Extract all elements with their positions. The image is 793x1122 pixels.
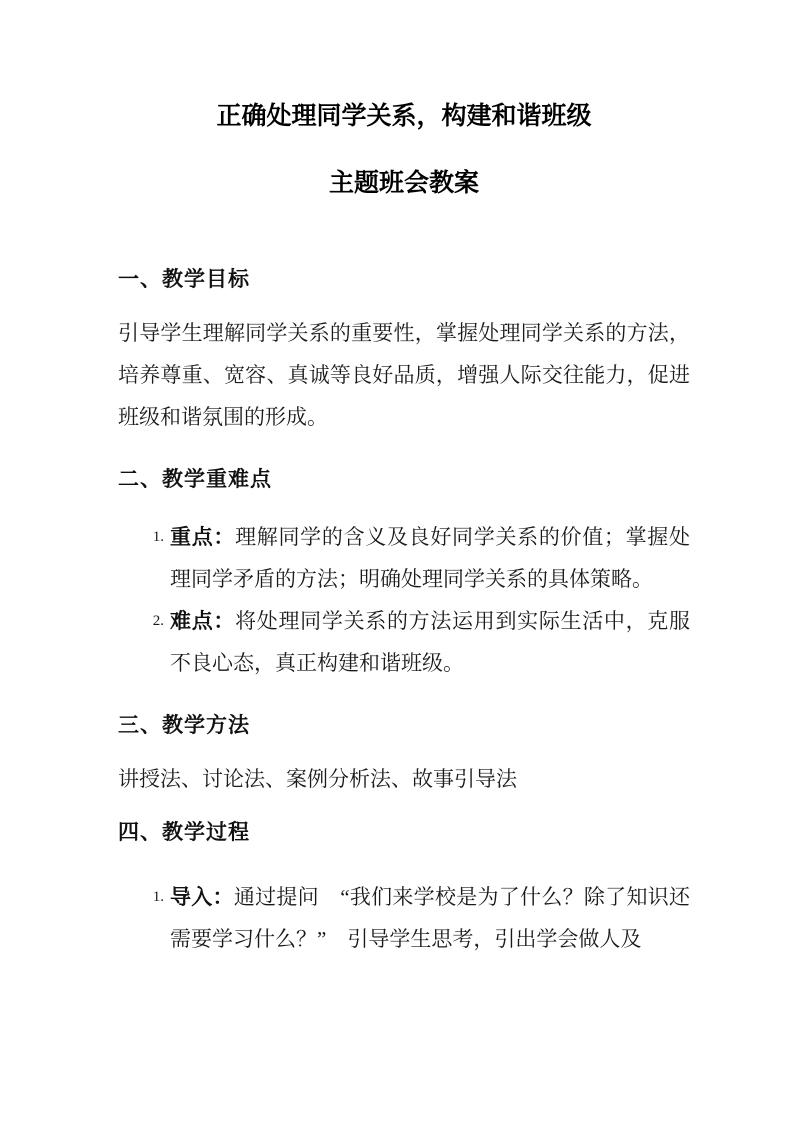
list-item-text: 理解同学的含义及良好同学关系的价值；掌握处理同学矛盾的方法；明确处理同学关系的具…	[170, 525, 690, 591]
section-heading-teaching-process: 四、教学过程	[118, 816, 690, 848]
list-item-text: 通过提问 “我们来学校是为了什么？除了知识还需要学习什么？” 引导学生思考，引出…	[170, 885, 690, 951]
list-item-label: 导入：	[170, 885, 234, 909]
document-subtitle: 主题班会教案	[118, 167, 690, 201]
teaching-process-list: 1.导入：通过提问 “我们来学校是为了什么？除了知识还需要学习什么？” 引导学生…	[118, 876, 690, 960]
list-item-number: 1.	[142, 876, 164, 918]
document-page: 正确处理同学关系，构建和谐班级 主题班会教案 一、教学目标 引导学生理解同学关系…	[0, 0, 793, 1122]
section-heading-key-difficult-points: 二、教学重难点	[118, 463, 690, 495]
list-item-label: 重点：	[170, 525, 235, 549]
list-item-difficult-point: 2.难点：将处理同学关系的方法运用到实际生活中，克服不良心态，真正构建和谐班级。	[118, 600, 690, 684]
list-item-lead-in: 1.导入：通过提问 “我们来学校是为了什么？除了知识还需要学习什么？” 引导学生…	[118, 876, 690, 960]
key-difficult-points-list: 1.重点：理解同学的含义及良好同学关系的价值；掌握处理同学矛盾的方法；明确处理同…	[118, 516, 690, 684]
section-heading-teaching-methods: 三、教学方法	[118, 709, 690, 741]
teaching-objectives-paragraph: 引导学生理解同学关系的重要性，掌握处理同学关系的方法，培养尊重、宽容、真诚等良好…	[118, 312, 690, 438]
teaching-methods-paragraph: 讲授法、讨论法、案例分析法、故事引导法	[118, 758, 690, 800]
list-item-key-point: 1.重点：理解同学的含义及良好同学关系的价值；掌握处理同学矛盾的方法；明确处理同…	[118, 516, 690, 600]
section-heading-teaching-objectives: 一、教学目标	[118, 263, 690, 295]
list-item-label: 难点：	[170, 609, 235, 633]
list-item-number: 2.	[142, 600, 164, 642]
list-item-text: 将处理同学关系的方法运用到实际生活中，克服不良心态，真正构建和谐班级。	[170, 609, 690, 675]
list-item-number: 1.	[142, 516, 164, 558]
document-title: 正确处理同学关系，构建和谐班级	[118, 0, 690, 134]
